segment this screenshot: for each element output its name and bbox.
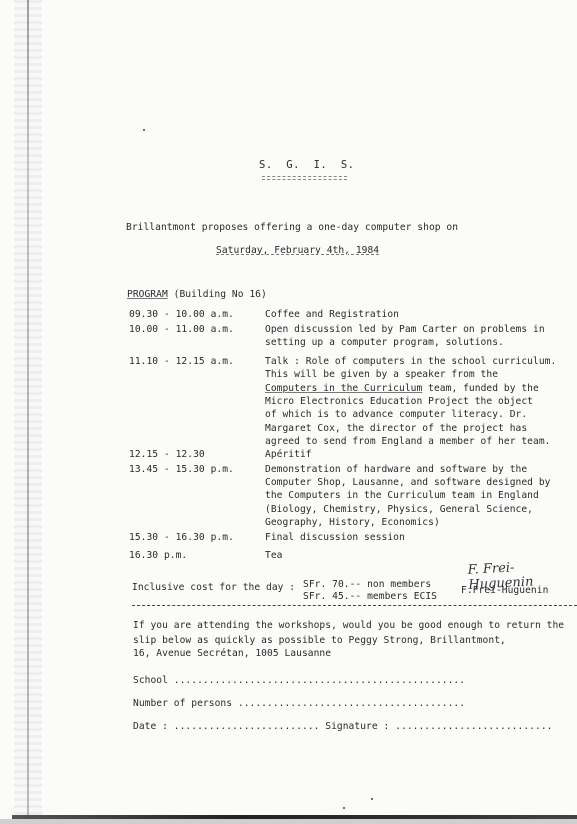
schedule-description-line: Tea bbox=[265, 549, 282, 562]
scan-speck bbox=[343, 807, 345, 809]
schedule-description-line: Margaret Cox, the director of the projec… bbox=[265, 422, 527, 435]
schedule-description-line: Talk : Role of computers in the school c… bbox=[265, 355, 556, 368]
schedule-time: 16.30 p.m. bbox=[129, 549, 187, 562]
schedule-time: 11.10 - 12.15 a.m. bbox=[129, 355, 234, 368]
schedule-description-line: Coffee and Registration bbox=[265, 308, 399, 321]
cut-line bbox=[132, 605, 577, 606]
schedule-description-line: Computer Shop, Lausanne, and software de… bbox=[265, 476, 550, 489]
schedule-description-line: Open discussion led by Pam Carter on pro… bbox=[265, 323, 545, 336]
schedule-description-line: agreed to send from England a member of … bbox=[265, 435, 550, 448]
event-date: Saturday, February 4th, 1984 bbox=[216, 244, 379, 257]
school-field[interactable]: School .................................… bbox=[133, 674, 465, 687]
intro-text: Brillantmont proposes offering a one-day… bbox=[126, 221, 458, 234]
scan-margin-edge bbox=[27, 0, 29, 818]
reply-instructions-line-3: 16, Avenue Secrétan, 1005 Lausanne bbox=[133, 647, 331, 660]
schedule-description-line: Micro Electronics Education Project the … bbox=[265, 395, 533, 408]
reply-instructions-line-2: slip below as quickly as possible to Peg… bbox=[133, 634, 506, 647]
reply-instructions-line-1: If you are attending the workshops, woul… bbox=[133, 619, 564, 632]
schedule-time: 15.30 - 16.30 p.m. bbox=[129, 531, 234, 544]
schedule-description-line: (Biology, Chemistry, Physics, General Sc… bbox=[265, 503, 533, 516]
number-of-persons-field[interactable]: Number of persons ......................… bbox=[133, 697, 465, 710]
schedule-description-line: of which is to advance computer literacy… bbox=[265, 408, 527, 421]
scanned-document-page: S. G. I. S. Brillantmont proposes offeri… bbox=[0, 0, 577, 824]
cost-label: Inclusive cost for the day : bbox=[132, 581, 295, 594]
signatory-name: F.Frei-Huguenin bbox=[461, 584, 548, 597]
program-label: PROGRAM bbox=[127, 289, 168, 300]
schedule-time: 10.00 - 11.00 a.m. bbox=[129, 323, 234, 336]
schedule-description-line: Final discussion session bbox=[265, 531, 405, 544]
schedule-description-line: Apéritif bbox=[265, 448, 312, 461]
schedule-description-line: This will be given by a speaker from the bbox=[265, 368, 498, 381]
underlined-team-name: Computers in the Curriculum bbox=[265, 383, 422, 394]
schedule-time: 13.45 - 15.30 p.m. bbox=[129, 463, 234, 476]
schedule-description-line: Geography, History, Economics) bbox=[265, 516, 440, 529]
schedule-description-line: the Computers in the Curriculum team in … bbox=[265, 489, 539, 502]
program-location: (Building No 16) bbox=[168, 289, 267, 300]
schedule-description-line: Computers in the Curriculum team, funded… bbox=[265, 382, 539, 395]
scan-bottom-shade bbox=[0, 819, 577, 824]
schedule-description-line: Demonstration of hardware and software b… bbox=[265, 463, 527, 476]
schedule-time: 12.15 - 12.30 bbox=[129, 448, 205, 461]
date-signature-field[interactable]: Date : ......................... Signatu… bbox=[133, 720, 552, 733]
program-heading: PROGRAM (Building No 16) bbox=[127, 288, 267, 301]
title-double-underline bbox=[262, 176, 347, 180]
scan-speck bbox=[371, 798, 373, 800]
document-title: S. G. I. S. bbox=[259, 159, 355, 172]
scan-speck bbox=[143, 129, 145, 131]
schedule-time: 09.30 - 10.00 a.m. bbox=[129, 308, 234, 321]
cost-members: SFr. 45.-- members ECIS bbox=[303, 590, 437, 603]
schedule-description-line: setting up a computer program, solutions… bbox=[265, 336, 504, 349]
